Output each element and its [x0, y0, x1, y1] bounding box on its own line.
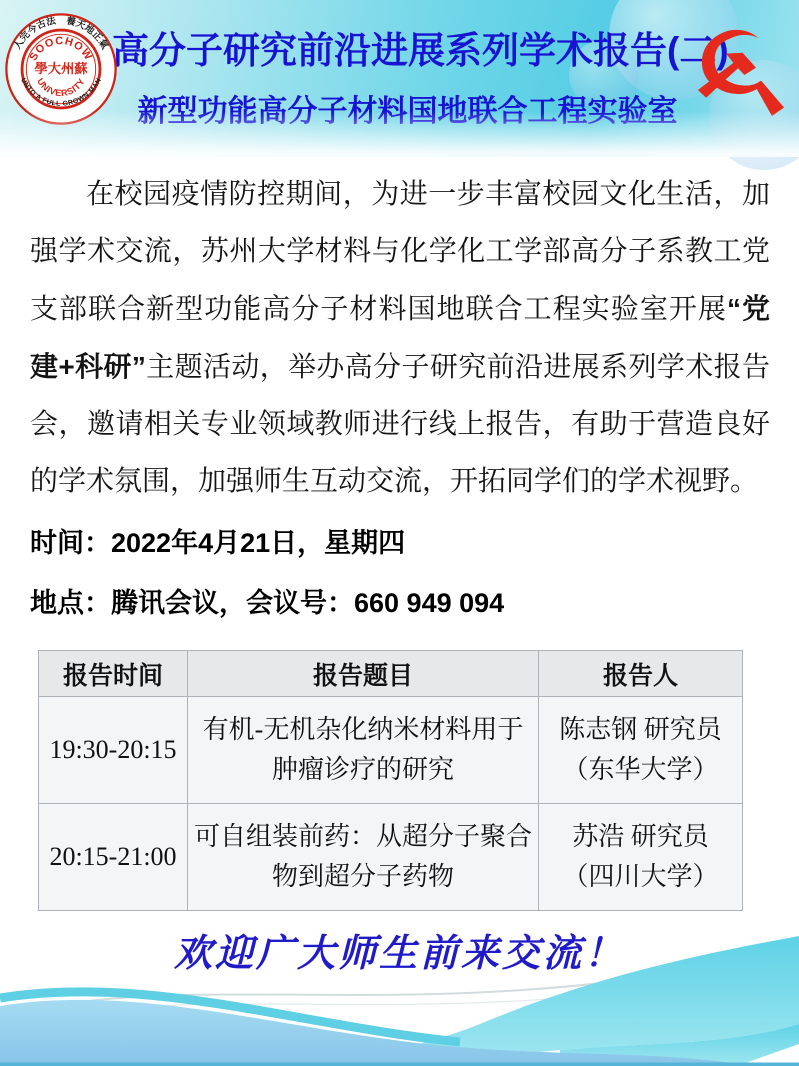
event-venue-line: 地点：腾讯会议，会议号：660 949 094	[30, 581, 504, 620]
hammer-and-sickle-icon: ☭	[687, 0, 795, 150]
seal-svg: 人完今古法 養天地正氣 UNTO A FULL GROWN MAN SOOCHO…	[4, 12, 118, 126]
paragraph-part1: 在校园疫情防控期间，为进一步丰富校园文化生活，加强学术交流，苏州大学材料与化学化…	[30, 179, 770, 325]
seal-chinese-name: 學大州蘇	[33, 60, 88, 76]
venue-label: 地点：	[30, 588, 111, 618]
col-header-speaker: 报告人	[539, 651, 743, 697]
intro-paragraph: 在校园疫情防控期间，为进一步丰富校园文化生活，加强学术交流，苏州大学材料与化学化…	[30, 166, 770, 510]
talk-time: 19:30-20:15	[39, 697, 188, 804]
talk-speaker: 陈志钢 研究员 （东华大学）	[539, 697, 743, 804]
table-header-row: 报告时间 报告题目 报告人	[39, 651, 743, 697]
talk-time: 20:15-21:00	[39, 804, 188, 911]
speaker-name: 苏浩 研究员	[543, 817, 738, 857]
table-row: 20:15-21:00 可自组装前药：从超分子聚合物到超分子药物 苏浩 研究员 …	[39, 804, 743, 911]
wave-baseline	[0, 1063, 799, 1066]
poster-page: 高分子研究前沿进展系列学术报告(二) 新型功能高分子材料国地联合工程实验室 人完…	[0, 0, 799, 1066]
talk-speaker: 苏浩 研究员 （四川大学）	[539, 804, 743, 911]
col-header-title: 报告题目	[188, 651, 539, 697]
speaker-name: 陈志钢 研究员	[543, 710, 738, 750]
col-header-time: 报告时间	[39, 651, 188, 697]
time-value: 2022年4月21日，星期四	[111, 528, 405, 558]
time-label: 时间：	[30, 528, 111, 558]
bottom-wave-decoration	[0, 930, 799, 1066]
speaker-affiliation: （东华大学）	[543, 750, 738, 790]
talk-title: 可自组装前药：从超分子聚合物到超分子药物	[188, 804, 539, 911]
schedule-table: 报告时间 报告题目 报告人 19:30-20:15 有机-无机杂化纳米材料用于肿…	[38, 650, 743, 911]
poster-title: 高分子研究前沿进展系列学术报告(二)	[112, 20, 703, 74]
speaker-affiliation: （四川大学）	[543, 857, 738, 897]
university-seal-logo: 人完今古法 養天地正氣 UNTO A FULL GROWN MAN SOOCHO…	[4, 12, 118, 126]
event-time-line: 时间：2022年4月21日，星期四	[30, 521, 405, 560]
venue-value: 腾讯会议，会议号：660 949 094	[111, 588, 504, 618]
table-row: 19:30-20:15 有机-无机杂化纳米材料用于肿瘤诊疗的研究 陈志钢 研究员…	[39, 697, 743, 804]
header-band: 高分子研究前沿进展系列学术报告(二) 新型功能高分子材料国地联合工程实验室 人完…	[0, 0, 799, 157]
talk-title: 有机-无机杂化纳米材料用于肿瘤诊疗的研究	[188, 697, 539, 804]
poster-subtitle: 新型功能高分子材料国地联合工程实验室	[112, 86, 703, 130]
